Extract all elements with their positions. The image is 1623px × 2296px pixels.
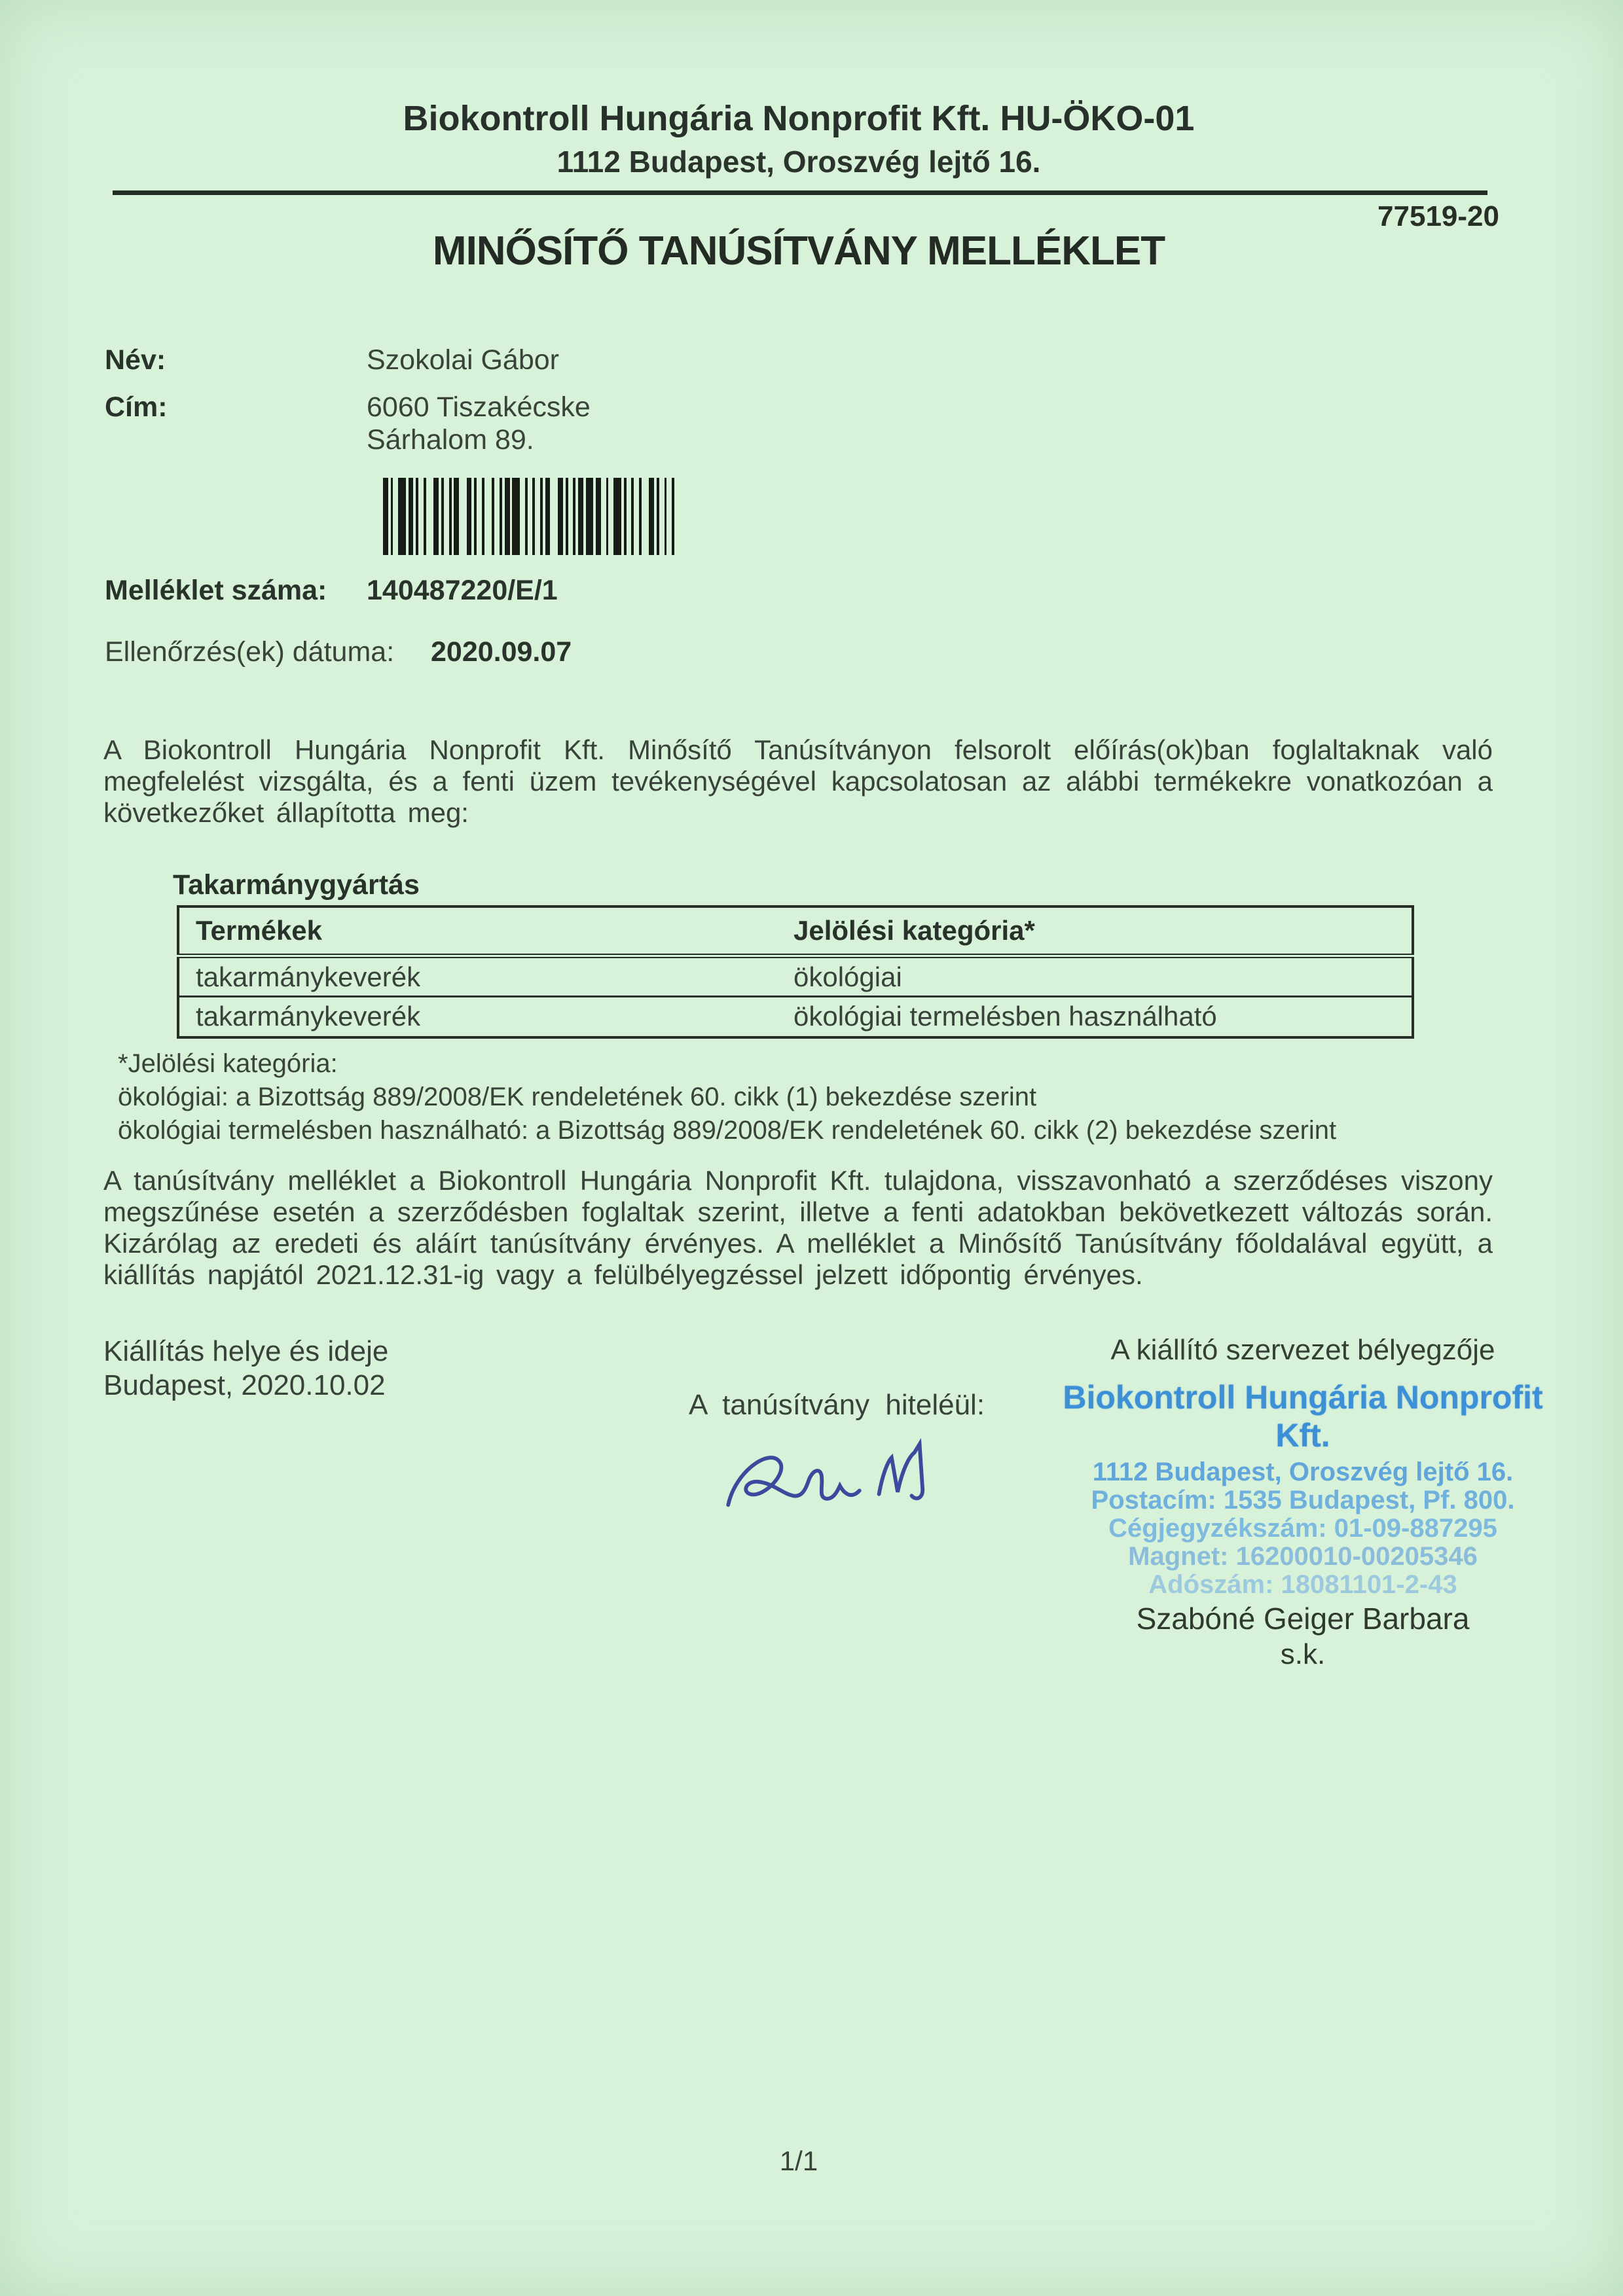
column-header-products: Termékek (178, 906, 777, 956)
holder-address-row: Cím: 6060 Tiszakécske (105, 391, 1493, 425)
stamp-bank-line: Magnet: 16200010-00205346 (1048, 1543, 1558, 1571)
attachment-number: 140487220/E/1 (367, 575, 558, 607)
name-label: Név: (105, 344, 166, 376)
footnote-line-organic: ökológiai: a Bizottság 889/2008/EK rende… (118, 1081, 1493, 1114)
issue-place-label: Kiállítás helye és ideje (103, 1335, 388, 1368)
holder-name-row: Név: Szokolai Gábor (105, 344, 1493, 378)
holder-name: Szokolai Gábor (367, 344, 559, 376)
document-title: MINŐSÍTŐ TANÚSÍTVÁNY MELLÉKLET (105, 228, 1493, 274)
category-cell: ökológiai termelésben használható (777, 997, 1413, 1037)
issuer-address: 1112 Budapest, Oroszvég lejtő 16. (105, 144, 1493, 179)
category-cell: ökológiai (777, 956, 1413, 997)
holder-address-row2: Sárhalom 89. (105, 424, 1493, 458)
stamp-address-line: 1112 Budapest, Oroszvég lejtő 16. (1048, 1458, 1558, 1486)
products-table-header-row: Termékek Jelölési kategória* (178, 906, 1413, 956)
table-row: takarmánykeverék ökológiai (178, 956, 1413, 997)
stamp-registry-line: Cégjegyzékszám: 01-09-887295 (1048, 1515, 1558, 1543)
product-cell: takarmánykeverék (178, 956, 777, 997)
attachment-number-row: Melléklet száma: 140487220/E/1 (105, 575, 1493, 609)
column-header-labelling-category: Jelölési kategória* (777, 906, 1413, 956)
products-table: Termékek Jelölési kategória* takarmányke… (177, 905, 1414, 1039)
stamp-caption: A kiállító szervezet bélyegzője (1048, 1334, 1558, 1367)
stamp-postal-line: Postacím: 1535 Budapest, Pf. 800. (1048, 1486, 1558, 1515)
table-row: takarmánykeverék ökológiai termelésben h… (178, 997, 1413, 1037)
address-label: Cím: (105, 391, 168, 423)
product-cell: takarmánykeverék (178, 997, 777, 1037)
inspection-date-label: Ellenőrzés(ek) dátuma: (105, 636, 394, 668)
footnote-line-usable: ökológiai termelésben használható: a Biz… (118, 1114, 1493, 1147)
footnote-title: *Jelölési kategória: (118, 1047, 1493, 1081)
attestation-label: A tanúsítvány hiteléül: (689, 1389, 985, 1422)
statement-paragraph: A Biokontroll Hungária Nonprofit Kft. Mi… (103, 734, 1493, 829)
holder-address-line2: Sárhalom 89. (367, 424, 534, 456)
stamp-taxnumber-line: Adószám: 18081101-2-43 (1048, 1571, 1558, 1599)
holder-address-line1: 6060 Tiszakécske (367, 391, 591, 423)
signer-suffix: s.k. (1048, 1637, 1558, 1672)
barcode (383, 478, 674, 555)
stamp-company-line: Biokontroll Hungária Nonprofit Kft. (1048, 1378, 1558, 1454)
validity-paragraph: A tanúsítvány melléklet a Biokontroll Hu… (103, 1165, 1493, 1291)
stamp-block: A kiállító szervezet bélyegzője Biokontr… (1048, 1334, 1558, 1672)
page-number: 1/1 (105, 2145, 1493, 2177)
signer-name: Szabóné Geiger Barbara (1048, 1600, 1558, 1637)
issuer-company-title: Biokontroll Hungária Nonprofit Kft. HU-Ö… (105, 98, 1493, 139)
attachment-number-label: Melléklet száma: (105, 575, 327, 607)
inspection-date-row: Ellenőrzés(ek) dátuma: 2020.09.07 (105, 636, 1493, 670)
issue-place-date: Budapest, 2020.10.02 (103, 1369, 386, 1402)
section-heading-feed-production: Takarmánygyártás (173, 869, 420, 901)
inspection-date: 2020.09.07 (431, 636, 572, 668)
certificate-page: Biokontroll Hungária Nonprofit Kft. HU-Ö… (0, 0, 1623, 2296)
signature-icon (713, 1422, 953, 1541)
header-divider (113, 190, 1487, 195)
